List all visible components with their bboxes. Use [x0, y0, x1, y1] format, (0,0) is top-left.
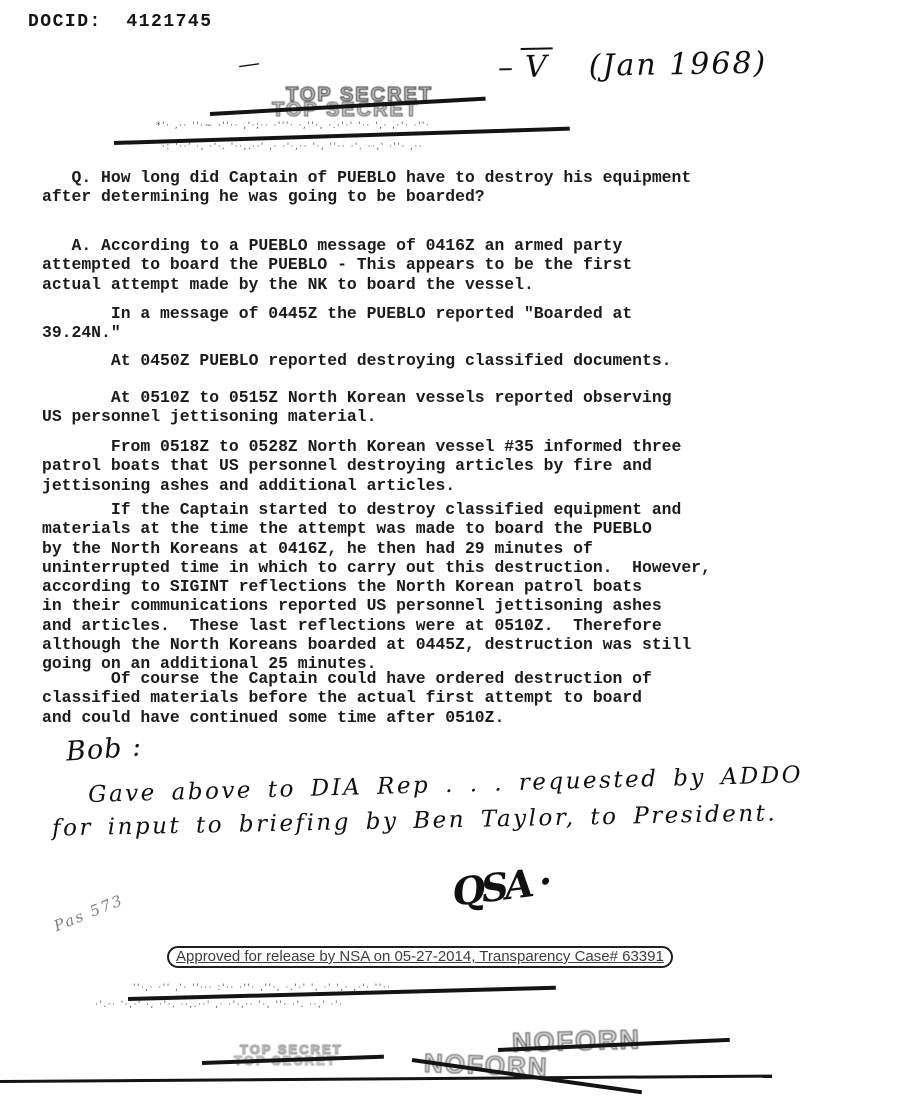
answer-paragraph: A. According to a PUEBLO message of 0416…	[42, 236, 822, 294]
signature-initials: QSA ·	[450, 858, 551, 914]
corner-scribble: Pas 573	[51, 891, 126, 935]
caveat-smudge-row2: ·: '··' ·, ·'·. '··,.··' ,· ·'·,·· '·, '…	[162, 142, 562, 152]
tab-date: (Jan 1968)	[588, 46, 767, 84]
bottom-smudge-row2: ·'.·· '·,·' ·, ·'·. ··,.··' ,· ·'·,·· '·…	[95, 1000, 525, 1010]
document-page: DOCID: 4121745 — –V(Jan 1968) TOP SECRET…	[0, 0, 922, 1116]
tab-roman-numeral: V	[521, 47, 553, 85]
question-paragraph: Q. How long did Captain of PUEBLO have t…	[42, 168, 822, 207]
paragraph-0510z: At 0510Z to 0515Z North Korean vessels r…	[42, 388, 822, 427]
paragraph-0450z: At 0450Z PUEBLO reported destroying clas…	[42, 351, 822, 370]
tab-dash: –	[498, 50, 516, 85]
paragraph-analysis: If the Captain started to destroy classi…	[42, 500, 822, 674]
handwritten-note-line2: for input to briefing by Ben Taylor, to …	[52, 800, 778, 841]
docid-header: DOCID: 4121745	[28, 12, 213, 32]
paragraph-0518z: From 0518Z to 0528Z North Korean vessel …	[42, 437, 822, 495]
paragraph-boarded: In a message of 0445Z the PUEBLO reporte…	[42, 304, 822, 343]
handwritten-tab-annotation: –V(Jan 1968)	[498, 44, 768, 86]
paragraph-conclusion: Of course the Captain could have ordered…	[42, 669, 822, 727]
release-stamp: Approved for release by NSA on 05-27-201…	[167, 946, 673, 968]
release-stamp-text: Approved for release by NSA on 05-27-201…	[176, 948, 664, 965]
handwritten-dash-mark: —	[236, 51, 261, 79]
handwritten-note-line1: Gave above to DIA Rep . . . requested by…	[88, 762, 804, 808]
handwritten-note-salutation: Bob :	[65, 731, 143, 767]
